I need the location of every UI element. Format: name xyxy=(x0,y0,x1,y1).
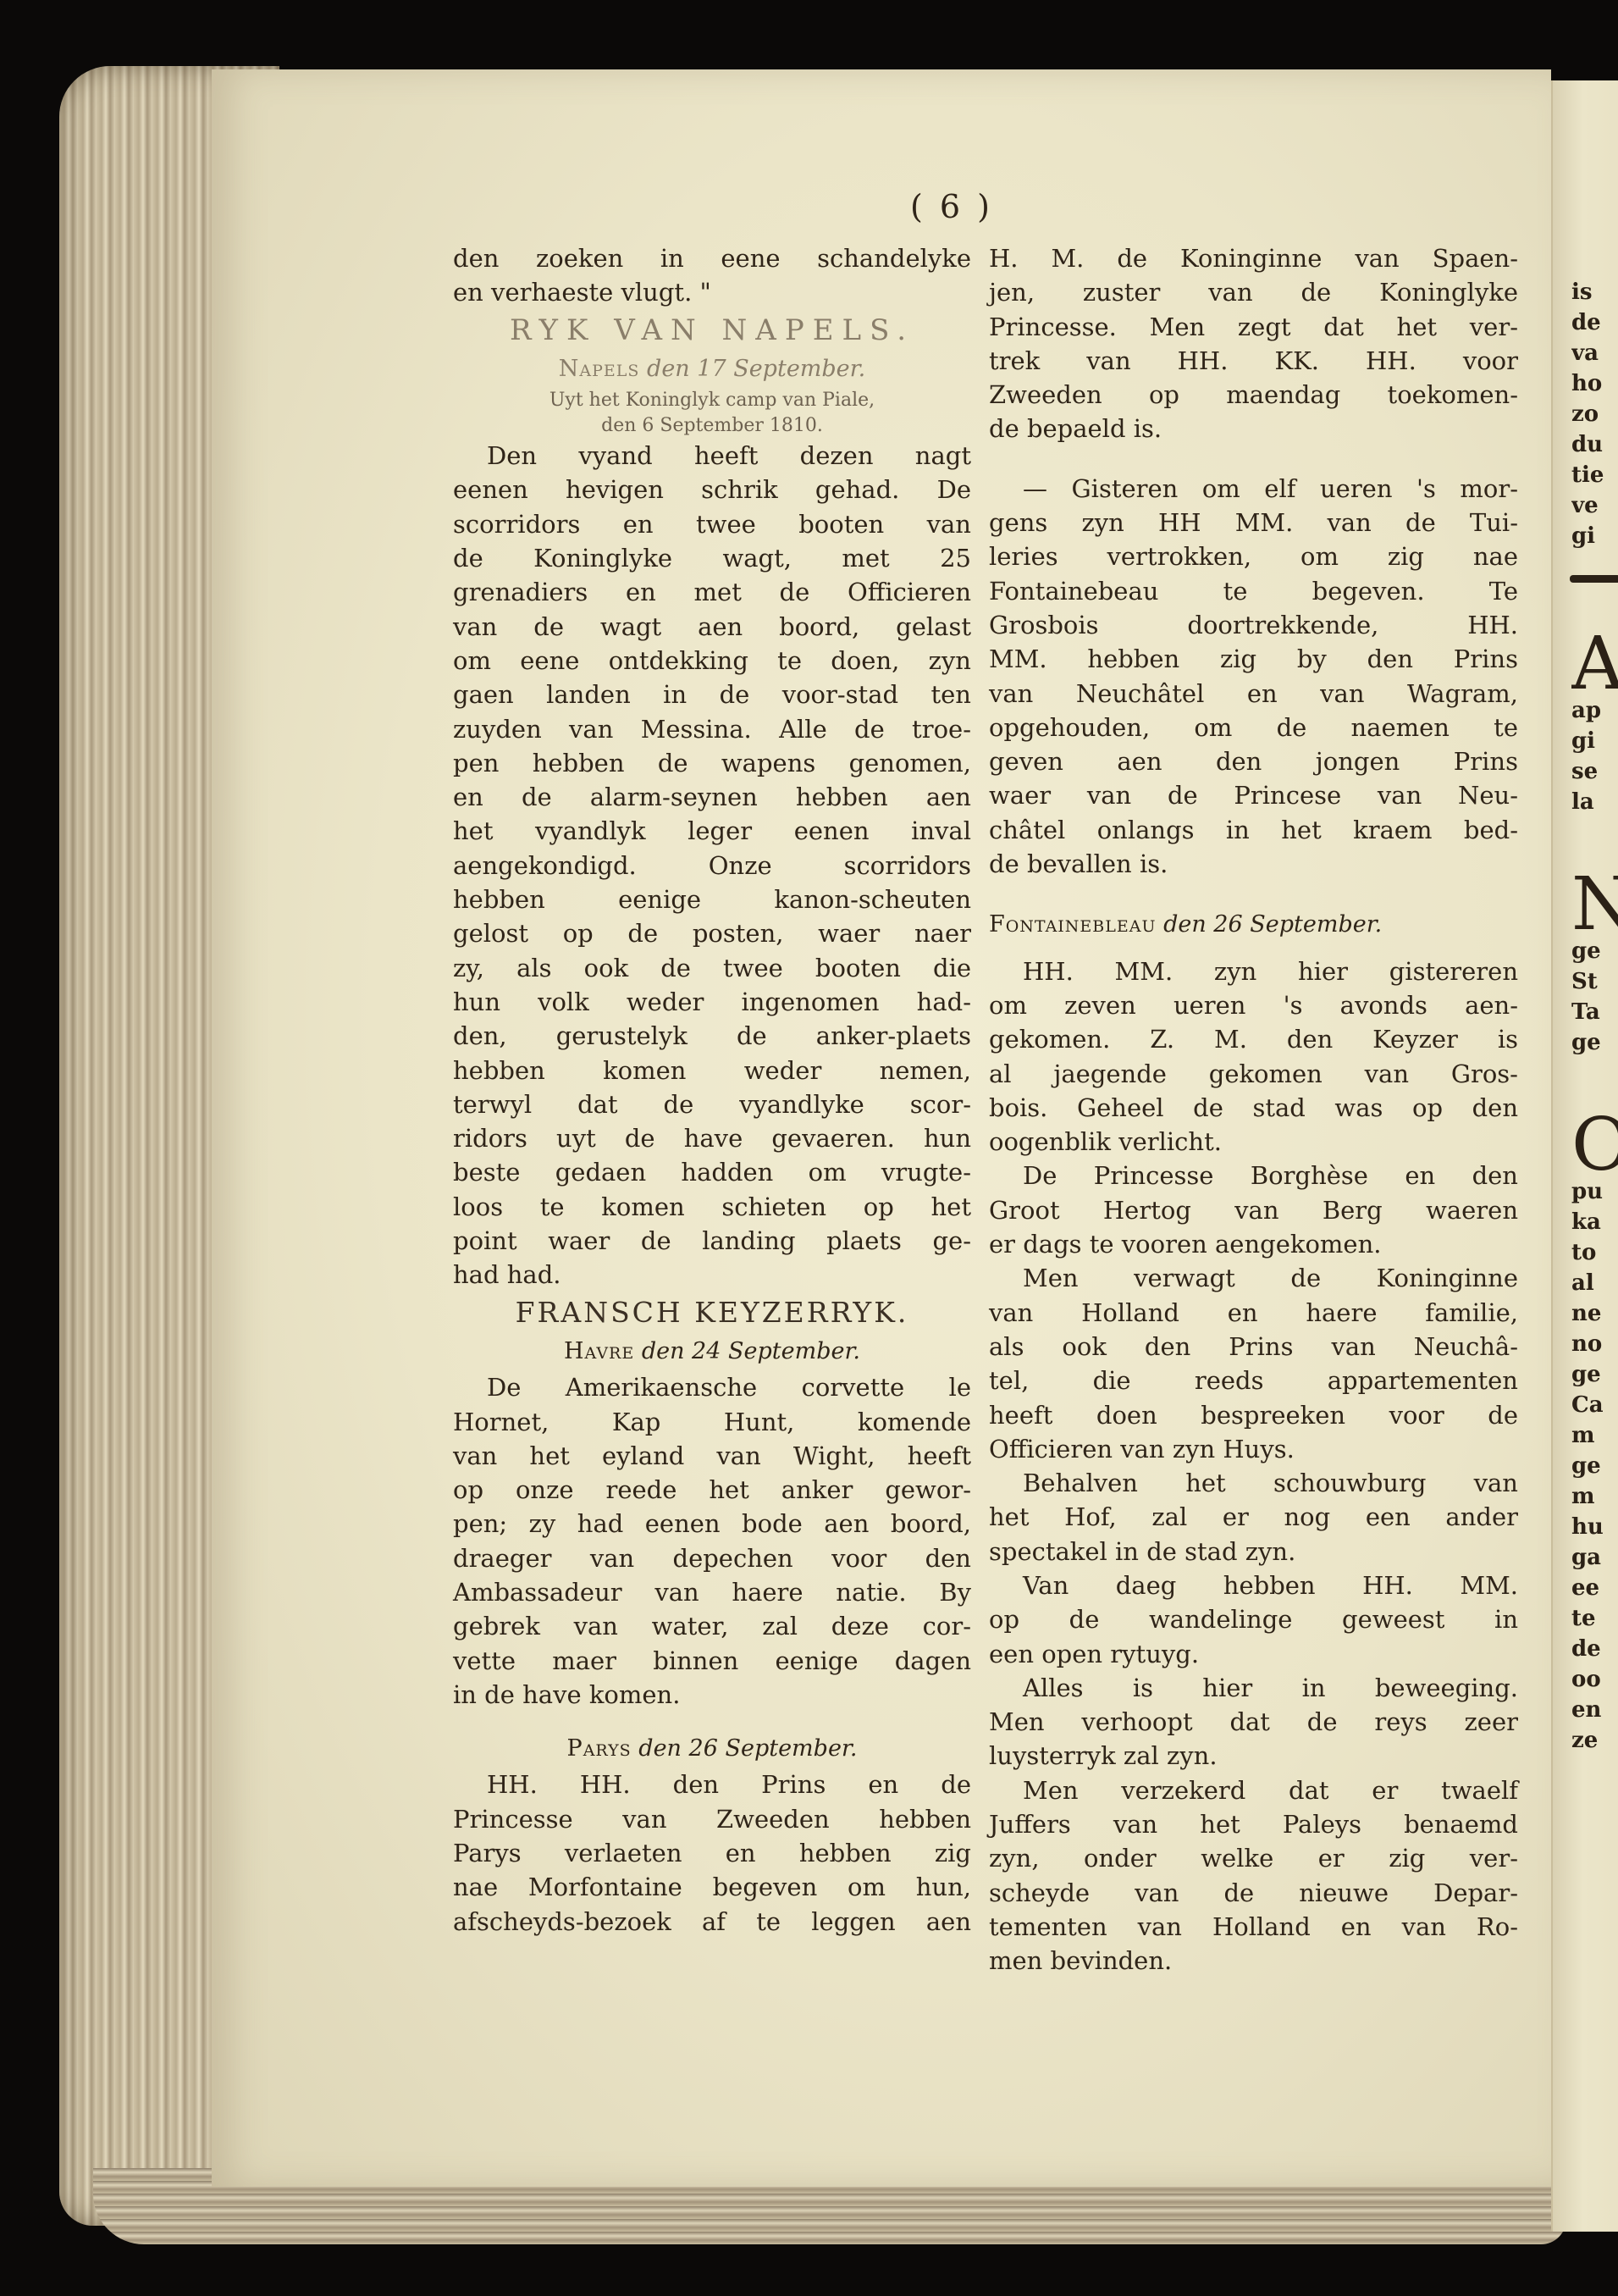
next-page-text-fragment: se xyxy=(1571,756,1618,787)
next-page-text-fragment: oo xyxy=(1571,1664,1618,1695)
text-line: waer van de Princese van Neu- xyxy=(989,778,1518,812)
paragraph-fontainebleau: De Princesse Borghèse en denGroot Hertog… xyxy=(989,1159,1518,1261)
text-line: zuyden van Messina. Alle de troe- xyxy=(453,712,971,746)
next-page-text-fragment: du xyxy=(1571,429,1618,460)
next-page-text-fragment: ga xyxy=(1571,1542,1618,1573)
text-line: Grosbois doortrekkende, HH. xyxy=(989,608,1518,642)
text-line: om zeven ueren 's avonds aen- xyxy=(989,988,1518,1022)
dateline-havre: Havre den 24 September. xyxy=(453,1335,971,1369)
dateline-place: Havre xyxy=(564,1338,634,1364)
spacer xyxy=(989,944,1518,954)
text-line: de bevallen is. xyxy=(989,847,1518,881)
text-line: pen; zy had eenen bode aen boord, xyxy=(453,1507,971,1541)
next-page-text-fragment: la xyxy=(1571,787,1618,817)
text-line: hebben eenige kanon-scheuten xyxy=(453,882,971,916)
text-line: Behalven het schouwburg van xyxy=(989,1466,1518,1500)
text-line: van Neuchâtel en van Wagram, xyxy=(989,677,1518,711)
text-line: gebrek van water, zal deze cor- xyxy=(453,1609,971,1643)
next-page-text-fragment: m xyxy=(1571,1420,1618,1451)
paragraph-fontainebleau: Men verwagt de Koninginnevan Holland en … xyxy=(989,1261,1518,1466)
text-line: tementen van Holland en van Ro- xyxy=(989,1910,1518,1944)
text-line: draeger van depechen voor den xyxy=(453,1541,971,1575)
text-line: Men verwagt de Koninginne xyxy=(989,1261,1518,1295)
next-page-text-fragment: te xyxy=(1571,1603,1618,1634)
text-line: het vyandlyk leger eenen inval xyxy=(453,814,971,848)
text-line: om eene ontdekking te doen, zyn xyxy=(453,644,971,678)
dateline-fontainebleau: Fontainebleau den 26 September. xyxy=(989,908,1518,942)
page-number: ( 6 ) xyxy=(910,188,993,225)
text-line: had had. xyxy=(453,1258,971,1292)
paragraph-fontainebleau: Alles is hier in beweeging.Men verhoopt … xyxy=(989,1671,1518,1773)
text-line: luysterryk zal zyn. xyxy=(989,1739,1518,1773)
dateline-place: Fontainebleau xyxy=(989,911,1156,938)
next-page-text-fragment: de xyxy=(1571,1634,1618,1664)
text-line: beste gedaen hadden om vrugte- xyxy=(453,1155,971,1189)
text-line: zyn, onder welke er zig ver- xyxy=(989,1841,1518,1875)
text-line: MM. hebben zig by den Prins xyxy=(989,642,1518,676)
continued-text: den zoeken in eene schandelykeen verhaes… xyxy=(453,241,971,310)
text-line: terwyl dat de vyandlyke scor- xyxy=(453,1087,971,1121)
spacer xyxy=(989,881,1518,906)
next-page-text-fragment: is xyxy=(1571,277,1618,307)
text-line: Den vyand heeft dezen nagt xyxy=(453,439,971,473)
dateline-date: den 17 September. xyxy=(647,356,865,382)
text-line: en de alarm-seynen hebben aen xyxy=(453,780,971,814)
text-line: van het eyland van Wight, heeft xyxy=(453,1439,971,1473)
fontainebleau-paragraphs: HH. MM. zyn hier gistererenom zeven uere… xyxy=(989,954,1518,1978)
text-line: een open rytuyg. xyxy=(989,1637,1518,1671)
text-line: geven aen den jongen Prins xyxy=(989,744,1518,778)
text-line: Ambassadeur van haere natie. By xyxy=(453,1575,971,1609)
text-line: Juffers van het Paleys benaemd xyxy=(989,1807,1518,1841)
text-line: den zoeken in eene schandelyke xyxy=(453,241,971,275)
text-line: Officieren van zyn Huys. xyxy=(989,1432,1518,1466)
next-page-text-fragment: ge xyxy=(1571,1027,1618,1058)
spacer xyxy=(453,1712,971,1730)
text-line: De Princesse Borghèse en den xyxy=(989,1159,1518,1192)
text-line: van de wagt aen boord, gelast xyxy=(453,610,971,644)
next-page-text-fragment: hu xyxy=(1571,1512,1618,1542)
next-page-text-fragment: ka xyxy=(1571,1207,1618,1237)
text-line: scorridors en twee booten van xyxy=(453,507,971,541)
next-page-text-fragment: al xyxy=(1571,1268,1618,1298)
next-page-edge: isdevahozodutievegiAapgiselaNgeStTageOpu… xyxy=(1551,80,1618,2232)
text-line: op onze reede het anker gewor- xyxy=(453,1473,971,1507)
next-page-text-fragment: zo xyxy=(1571,399,1618,429)
text-line: châtel onlangs in het kraem bed- xyxy=(989,813,1518,847)
text-line: ridors uyt de have gevaeren. hun xyxy=(453,1121,971,1155)
text-line: afscheyds-bezoek af te leggen aen xyxy=(453,1905,971,1939)
text-line: Fontainebeau te begeven. Te xyxy=(989,574,1518,608)
text-line: grenadiers en met de Officieren xyxy=(453,575,971,609)
text-line: Van daeg hebben HH. MM. xyxy=(989,1568,1518,1602)
text-line: loos te komen schieten op het xyxy=(453,1190,971,1224)
next-page-text-fragment: ee xyxy=(1571,1573,1618,1603)
text-line: bois. Geheel de stad was op den xyxy=(989,1091,1518,1125)
next-page-text-fragment: St xyxy=(1571,966,1618,997)
text-line: er dags te vooren aengekomen. xyxy=(989,1227,1518,1261)
next-page-text-fragment: ze xyxy=(1571,1725,1618,1756)
text-line: gens zyn HH MM. van de Tui- xyxy=(989,506,1518,539)
text-line: opgehouden, om de naemen te xyxy=(989,711,1518,744)
paragraph-havre: De Amerikaensche corvette leHornet, Kap … xyxy=(453,1370,971,1712)
paragraph-parys: HH. HH. den Prins en dePrincesse van Zwe… xyxy=(453,1768,971,1938)
section-heading-naples: RYK VAN NAPELS. xyxy=(453,313,971,347)
next-page-text-fragment: ho xyxy=(1571,368,1618,399)
paragraph-tuileries: — Gisteren om elf ueren 's mor-gens zyn … xyxy=(989,472,1518,882)
next-page-text-fragment: gi xyxy=(1571,521,1618,551)
text-line: Men verzekerd dat er twaelf xyxy=(989,1773,1518,1807)
text-line: aengekondigd. Onze scorridors xyxy=(453,849,971,882)
text-line: HH. MM. zyn hier gistereren xyxy=(989,954,1518,988)
paragraph-fontainebleau: Men verzekerd dat er twaelfJuffers van h… xyxy=(989,1773,1518,1978)
text-line: H. M. de Koninginne van Spaen- xyxy=(989,241,1518,275)
dateline-naples: Napels den 17 September. xyxy=(453,352,971,386)
text-line: Hornet, Kap Hunt, komende xyxy=(453,1405,971,1439)
text-line: men bevinden. xyxy=(989,1944,1518,1978)
paragraph-fontainebleau: Van daeg hebben HH. MM.op de wandelinge … xyxy=(989,1568,1518,1671)
dateline-date: den 26 September. xyxy=(638,1735,857,1762)
text-line: scheyde van de nieuwe Depar- xyxy=(989,1876,1518,1910)
next-page-text-fragment: to xyxy=(1571,1237,1618,1268)
next-page-text-fragment: Ca xyxy=(1571,1390,1618,1420)
paragraph-fontainebleau: HH. MM. zyn hier gistererenom zeven uere… xyxy=(989,954,1518,1159)
left-column: den zoeken in eene schandelykeen verhaes… xyxy=(453,241,971,1939)
text-line: en verhaeste vlugt. " xyxy=(453,275,971,309)
next-page-text-fragment: ge xyxy=(1571,1451,1618,1481)
next-page-text-fragment: tie xyxy=(1571,460,1618,490)
text-line: oogenblik verlicht. xyxy=(989,1125,1518,1159)
text-line: gekomen. Z. M. den Keyzer is xyxy=(989,1022,1518,1056)
text-line: hun volk weder ingenomen had- xyxy=(453,985,971,1019)
text-line: al jaegende gekomen van Gros- xyxy=(989,1057,1518,1091)
drop-cap: N xyxy=(1571,868,1618,941)
right-column: H. M. de Koninginne van Spaen-jen, zuste… xyxy=(989,241,1518,1978)
drop-cap: O xyxy=(1571,1109,1618,1181)
next-page-text-fragment: ge xyxy=(1571,936,1618,966)
drop-cap: A xyxy=(1571,628,1618,700)
text-line: gelost op de posten, waer naer xyxy=(453,916,971,950)
text-line: leries vertrokken, om zig nae xyxy=(989,539,1518,573)
text-line: Parys verlaeten en hebben zig xyxy=(453,1836,971,1870)
text-line: Groot Hertog van Berg waeren xyxy=(989,1193,1518,1227)
text-line: als ook den Prins van Neuchâ- xyxy=(989,1330,1518,1364)
text-line: in de have komen. xyxy=(453,1678,971,1712)
next-page-text-fragment: ne xyxy=(1571,1298,1618,1329)
next-page-text-fragment: de xyxy=(1571,307,1618,338)
text-line: Men verhoopt dat de reys zeer xyxy=(989,1705,1518,1739)
text-line: pen hebben de wapens genomen, xyxy=(453,746,971,780)
text-line: eenen hevigen schrik gehad. De xyxy=(453,473,971,506)
next-page-text-fragment: va xyxy=(1571,338,1618,368)
text-line: nae Morfontaine begeven om hun, xyxy=(453,1870,971,1904)
next-page-text-fragment: ve xyxy=(1571,490,1618,521)
text-line: tel, die reeds appartementen xyxy=(989,1364,1518,1397)
text-line: — Gisteren om elf ueren 's mor- xyxy=(989,472,1518,506)
text-line: heeft doen bespreeken voor de xyxy=(989,1398,1518,1432)
text-line: zy, als ook de twee booten die xyxy=(453,951,971,985)
spacer xyxy=(989,446,1518,472)
next-page-text-fragment: no xyxy=(1571,1329,1618,1359)
dateline-place: Napels xyxy=(559,356,640,382)
text-line: gaen landen in de voor-stad ten xyxy=(453,678,971,711)
section-heading-france: FRANSCH KEYZERRYK. xyxy=(453,1296,971,1330)
subline-date: den 6 September 1810. xyxy=(453,413,971,439)
text-line: trek van HH. KK. HH. voor xyxy=(989,344,1518,378)
paragraph-spain-queen: H. M. de Koninginne van Spaen-jen, zuste… xyxy=(989,241,1518,446)
next-page-text-fragment: Ta xyxy=(1571,997,1618,1027)
next-page-text-fragment: m xyxy=(1571,1481,1618,1512)
text-line: de bepaeld is. xyxy=(989,412,1518,445)
next-page-text-fragment: ap xyxy=(1571,695,1618,726)
text-line: Alles is hier in beweeging. xyxy=(989,1671,1518,1705)
text-line: den, gerustelyk de anker-plaets xyxy=(453,1019,971,1053)
dateline-date: den 24 September. xyxy=(642,1338,860,1364)
dateline-place: Parys xyxy=(567,1735,632,1762)
paragraph-naples: Den vyand heeft dezen nagteenen hevigen … xyxy=(453,439,971,1292)
text-line: Princesse van Zweeden hebben xyxy=(453,1802,971,1836)
text-line: van Holland en haere familie, xyxy=(989,1296,1518,1330)
text-line: spectakel in de stad zyn. xyxy=(989,1535,1518,1568)
paragraph-fontainebleau: Behalven het schouwburg vanhet Hof, zal … xyxy=(989,1466,1518,1568)
text-line: Princesse. Men zegt dat het ver- xyxy=(989,310,1518,344)
next-page-text-fragment: gi xyxy=(1571,726,1618,756)
text-line: point waer de landing plaets ge- xyxy=(453,1224,971,1258)
text-line: jen, zuster van de Koninglyke xyxy=(989,275,1518,309)
text-line: de Koninglyke wagt, met 25 xyxy=(453,541,971,575)
text-line: De Amerikaensche corvette le xyxy=(453,1370,971,1404)
next-page-text-fragment: ge xyxy=(1571,1359,1618,1390)
next-page-text-fragment: pu xyxy=(1571,1176,1618,1207)
text-line: op de wandelinge geweest in xyxy=(989,1602,1518,1636)
dateline-parys: Parys den 26 September. xyxy=(453,1732,971,1766)
dateline-date: den 26 September. xyxy=(1163,911,1382,938)
text-line: Zweeden op maendag toekomen- xyxy=(989,378,1518,412)
separator-rule xyxy=(1570,575,1618,583)
text-line: vette maer binnen eenige dagen xyxy=(453,1644,971,1678)
next-page-text-fragment: en xyxy=(1571,1695,1618,1725)
text-line: HH. HH. den Prins en de xyxy=(453,1768,971,1801)
subline-camp: Uyt het Koninglyk camp van Piale, xyxy=(453,388,971,413)
text-line: hebben komen weder nemen, xyxy=(453,1054,971,1087)
text-line: het Hof, zal er nog een ander xyxy=(989,1500,1518,1534)
